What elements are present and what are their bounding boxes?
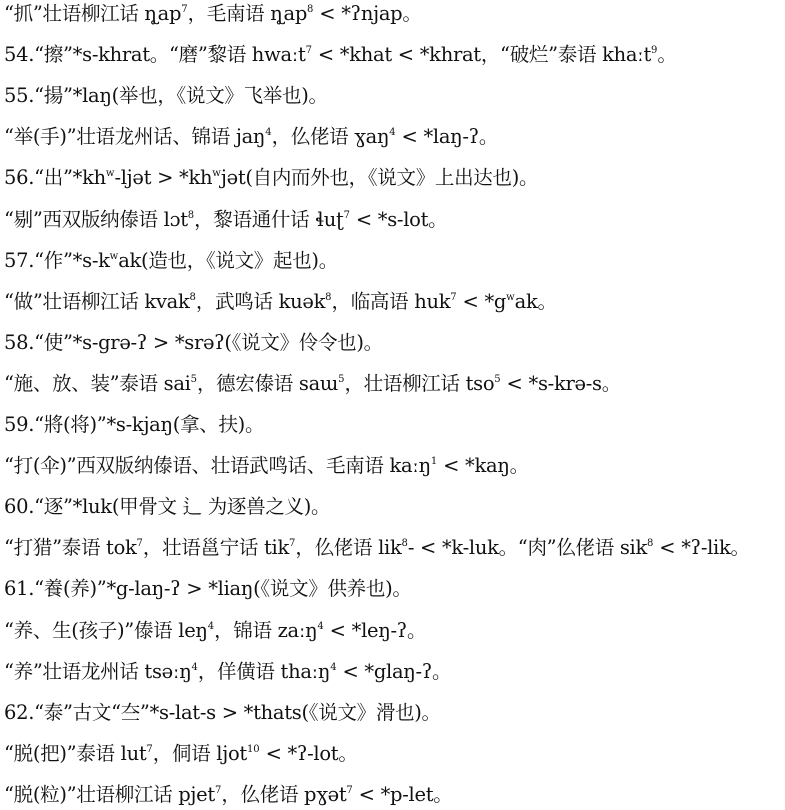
entry-text-line: “养、生(孩子)”傣语 leŋ4，锦语 zaːŋ4 < *leŋ-ʔ。 (4, 616, 426, 646)
text-segment: “使”*s-grə-ʔ > *srəʔ(《说文》伶令也)。 (34, 331, 383, 354)
entry-text-line: “脱(把)”泰语 lut7，侗语 ljot10 < *ʔ-lot。 (4, 739, 358, 769)
text-segment: < *ʔ-lot。 (260, 742, 358, 765)
text-segment: < *ʔ-lik。 (653, 536, 749, 559)
tone-superscript: 10 (247, 744, 260, 755)
text-segment: “將(将)”*s-kjaŋ(拿、扶)。 (34, 413, 264, 436)
entry-text-line: “施、放、装”泰语 sai5，德宏傣语 saɯ5，壮语柳江话 tso5 < *s… (4, 369, 621, 399)
entry-number: 56. (4, 166, 34, 189)
text-segment: “脱(把)”泰语 lut (4, 742, 146, 765)
text-segment: “擦”*s-khrat。“磨”黎语 hwaːt (34, 43, 305, 66)
text-segment: “施、放、装”泰语 sai (4, 372, 191, 395)
text-segment: ，仫佬语 lik (295, 536, 401, 559)
text-segment: < *laŋ-ʔ。 (396, 125, 498, 148)
text-segment: jət(自内而外也，《说文》上出达也)。 (221, 166, 538, 189)
text-segment: ak。 (515, 290, 557, 313)
entry-number: 61. (4, 577, 34, 600)
text-segment: ，侗语 ljot (153, 742, 247, 765)
text-segment: < *glaŋ-ʔ。 (337, 660, 452, 683)
text-segment: “脱(粒)”壮语柳江话 pjet (4, 783, 215, 806)
entry-heading-line: 60.“逐”*luk(甲骨文 ⻍ 为逐兽之义)。 (4, 492, 330, 522)
entry-heading-line: 59.“將(将)”*s-kjaŋ(拿、扶)。 (4, 410, 264, 440)
text-segment: “剔”西双版纳傣语 lɔt (4, 208, 188, 231)
text-segment: < *kaŋ。 (437, 454, 529, 477)
text-segment: 。 (657, 43, 676, 66)
text-segment: ，锦语 zaːŋ (214, 619, 317, 642)
text-segment: “逐”*luk(甲骨文 ⻍ 为逐兽之义)。 (34, 495, 330, 518)
text-segment: “养、生(孩子)”傣语 leŋ (4, 619, 208, 642)
entry-text-line: “养”壮语龙州话 tsəːŋ4，佯僙语 thaːŋ4 < *glaŋ-ʔ。 (4, 657, 451, 687)
text-segment: < *s-krə-s。 (501, 372, 621, 395)
entry-heading-line: 62.“泰”古文“夳”*s-lat-s > *thats(《说文》滑也)。 (4, 698, 441, 728)
entry-heading-line: 58.“使”*s-grə-ʔ > *srəʔ(《说文》伶令也)。 (4, 328, 383, 358)
text-segment: ，壮语邕宁话 tik (143, 536, 289, 559)
text-segment: ak(造也，《说文》起也)。 (118, 249, 338, 272)
text-segment: < *ʔnjap。 (313, 2, 421, 25)
text-segment: “抓”壮语柳江话 ɳ̥ap (4, 2, 181, 25)
text-segment: ，武鸣话 kuək (196, 290, 325, 313)
entry-text-line: “做”壮语柳江话 kvak8，武鸣话 kuək8，临高语 huk7 < *gwa… (4, 287, 557, 317)
entry-text-line: “脱(粒)”壮语柳江话 pjet7，仫佬语 pɣət7 < *p-let。 (4, 780, 452, 810)
entry-heading-line: 55.“揚”*laŋ(举也，《说文》飞举也)。 (4, 81, 328, 111)
entry-heading-line: 57.“作”*s-kwak(造也，《说文》起也)。 (4, 246, 338, 276)
text-segment: “出”*kh (34, 166, 106, 189)
entry-text-line: “举(手)”壮语龙州话、锦语 jaŋ4，仫佬语 ɣaŋ4 < *laŋ-ʔ。 (4, 122, 498, 152)
tone-superscript: w (110, 251, 119, 262)
text-segment: < *leŋ-ʔ。 (324, 619, 426, 642)
entry-heading-line: 61.“養(养)”*g-laŋ-ʔ > *liaŋ(《说文》供养也)。 (4, 574, 412, 604)
text-segment: ，德宏傣语 saɯ (197, 372, 338, 395)
text-segment: “打猎”泰语 tok (4, 536, 137, 559)
text-segment: ，佯僙语 thaːŋ (198, 660, 330, 683)
entry-number: 55. (4, 84, 34, 107)
text-segment: -ljət > *kh (114, 166, 212, 189)
text-segment: < *khat < *khrat，“破烂”泰语 khaːt (312, 43, 651, 66)
text-segment: “做”壮语柳江话 kvak (4, 290, 190, 313)
entry-heading-line: 54.“擦”*s-khrat。“磨”黎语 hwaːt7 < *khat < *k… (4, 40, 677, 70)
text-segment: “养”壮语龙州话 tsəːŋ (4, 660, 191, 683)
text-segment: “举(手)”壮语龙州话、锦语 jaŋ (4, 125, 265, 148)
entry-heading-line: 56.“出”*khw-ljət > *khwjət(自内而外也，《说文》上出达也… (4, 163, 538, 193)
entry-number: 54. (4, 43, 34, 66)
text-segment: ，仫佬语 ɣaŋ (272, 125, 390, 148)
entry-text-line: “抓”壮语柳江话 ɳ̥ap7，毛南语 ɳ̥ap8 < *ʔnjap。 (4, 0, 422, 29)
entry-text-line: “打(伞)”西双版纳傣语、壮语武鸣话、毛南语 kaːŋ1 < *kaŋ。 (4, 451, 529, 481)
text-segment: ，黎语通什话 ɬuʈ (194, 208, 343, 231)
tone-superscript: w (212, 168, 221, 179)
text-segment: ，仫佬语 pɣət (221, 783, 346, 806)
entry-text-line: “打猎”泰语 tok7，壮语邕宁话 tik7，仫佬语 lik8- < *k-lu… (4, 533, 750, 563)
text-segment: < *p-let。 (353, 783, 453, 806)
text-segment: “打(伞)”西双版纳傣语、壮语武鸣话、毛南语 kaːŋ (4, 454, 431, 477)
text-segment: “泰”古文“夳”*s-lat-s > *thats(《说文》滑也)。 (34, 701, 441, 724)
entry-number: 59. (4, 413, 34, 436)
tone-superscript: w (506, 292, 515, 303)
text-segment: < *s-lot。 (350, 208, 447, 231)
text-segment: ，壮语柳江话 tso (344, 372, 494, 395)
text-segment: ，临高语 huk (332, 290, 451, 313)
text-segment: < *g (457, 290, 506, 313)
text-segment: “養(养)”*g-laŋ-ʔ > *liaŋ(《说文》供养也)。 (34, 577, 411, 600)
text-segment: “作”*s-k (34, 249, 110, 272)
entry-number: 57. (4, 249, 34, 272)
text-segment: ，毛南语 ɳ̥ap (188, 2, 307, 25)
text-segment: - < *k-luk。“肉”仫佬语 sik (408, 536, 647, 559)
entry-number: 58. (4, 331, 34, 354)
document-page: “抓”壮语柳江话 ɳ̥ap7，毛南语 ɳ̥ap8 < *ʔnjap。54.“擦”… (0, 0, 785, 810)
text-segment: “揚”*laŋ(举也，《说文》飞举也)。 (34, 84, 328, 107)
entry-number: 62. (4, 701, 34, 724)
entry-number: 60. (4, 495, 34, 518)
entry-text-line: “剔”西双版纳傣语 lɔt8，黎语通什话 ɬuʈ7 < *s-lot。 (4, 205, 447, 235)
